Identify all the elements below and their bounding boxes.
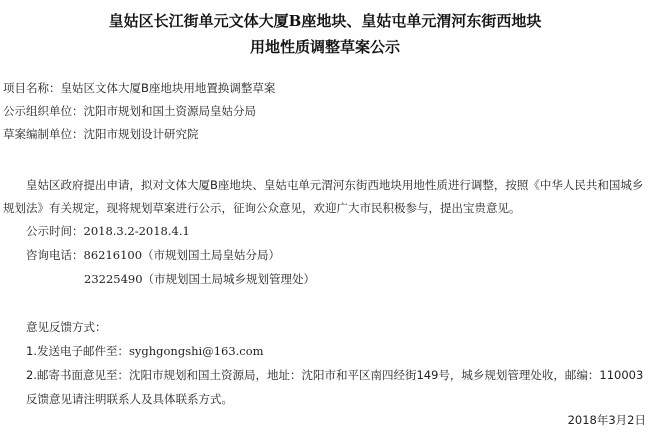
phone-row-1: 咨询电话：86216100（市规划国土局皇姑分局）: [26, 248, 280, 262]
phone-number-1: 86216100: [84, 248, 143, 262]
phone-note-1: （市规划国土局皇姑分局）: [142, 248, 280, 262]
project-name-row: 项目名称：皇姑区文体大厦B座地块用地置换调整草案: [3, 81, 275, 95]
feedback-email-label: 1.发送电子邮件至：: [26, 344, 129, 358]
organizer-label: 公示组织单位：: [3, 104, 84, 118]
draft-author-row: 草案编制单位：沈阳市规划设计研究院: [3, 127, 199, 141]
body-paragraph-line-2: 规划法》有关规定，现将规划草案进行公示，征询公众意见，欢迎广大市民积极参与，提出…: [3, 201, 521, 215]
document-title-line-2: 用地性质调整草案公示: [0, 36, 650, 57]
phone-label: 咨询电话：: [26, 248, 84, 262]
publicity-period-row: 公示时间：2018.3.2-2018.4.1: [26, 224, 190, 238]
feedback-note: 反馈意见请注明联系人及具体联系方式。: [26, 392, 233, 406]
draft-author-value: 沈阳市规划设计研究院: [84, 127, 199, 141]
project-name-label: 项目名称：: [3, 81, 61, 95]
feedback-item-mail: 2.邮寄书面意见至：沈阳市规划和国土资源局，地址：沈阳市和平区南四经街149号，…: [26, 368, 643, 382]
feedback-item-email: 1.发送电子邮件至：syghgongshi@163.com: [26, 344, 264, 358]
feedback-email-link[interactable]: syghgongshi@163.com: [129, 344, 264, 358]
document-date: 2018年3月2日: [568, 413, 646, 427]
publicity-period-label: 公示时间：: [26, 224, 84, 238]
feedback-heading: 意见反馈方式：: [26, 320, 107, 334]
body-paragraph-line-1: 皇姑区政府提出申请，拟对文体大厦B座地块、皇姑屯单元渭河东街西地块用地性质进行调…: [26, 178, 643, 192]
phone-note-2: （市规划国土局城乡规划管理处）: [143, 272, 316, 286]
project-name-value: 皇姑区文体大厦B座地块用地置换调整草案: [61, 81, 276, 95]
publicity-period-value: 2018.3.2-2018.4.1: [84, 224, 190, 238]
draft-author-label: 草案编制单位：: [3, 127, 84, 141]
phone-row-2: 23225490（市规划国土局城乡规划管理处）: [84, 272, 315, 286]
organizer-row: 公示组织单位：沈阳市规划和国土资源局皇姑分局: [3, 104, 256, 118]
document-title-line-1: 皇姑区长江街单元文体大厦B座地块、皇姑屯单元渭河东街西地块: [0, 10, 650, 31]
phone-number-2: 23225490: [84, 272, 143, 286]
organizer-value: 沈阳市规划和国土资源局皇姑分局: [84, 104, 257, 118]
